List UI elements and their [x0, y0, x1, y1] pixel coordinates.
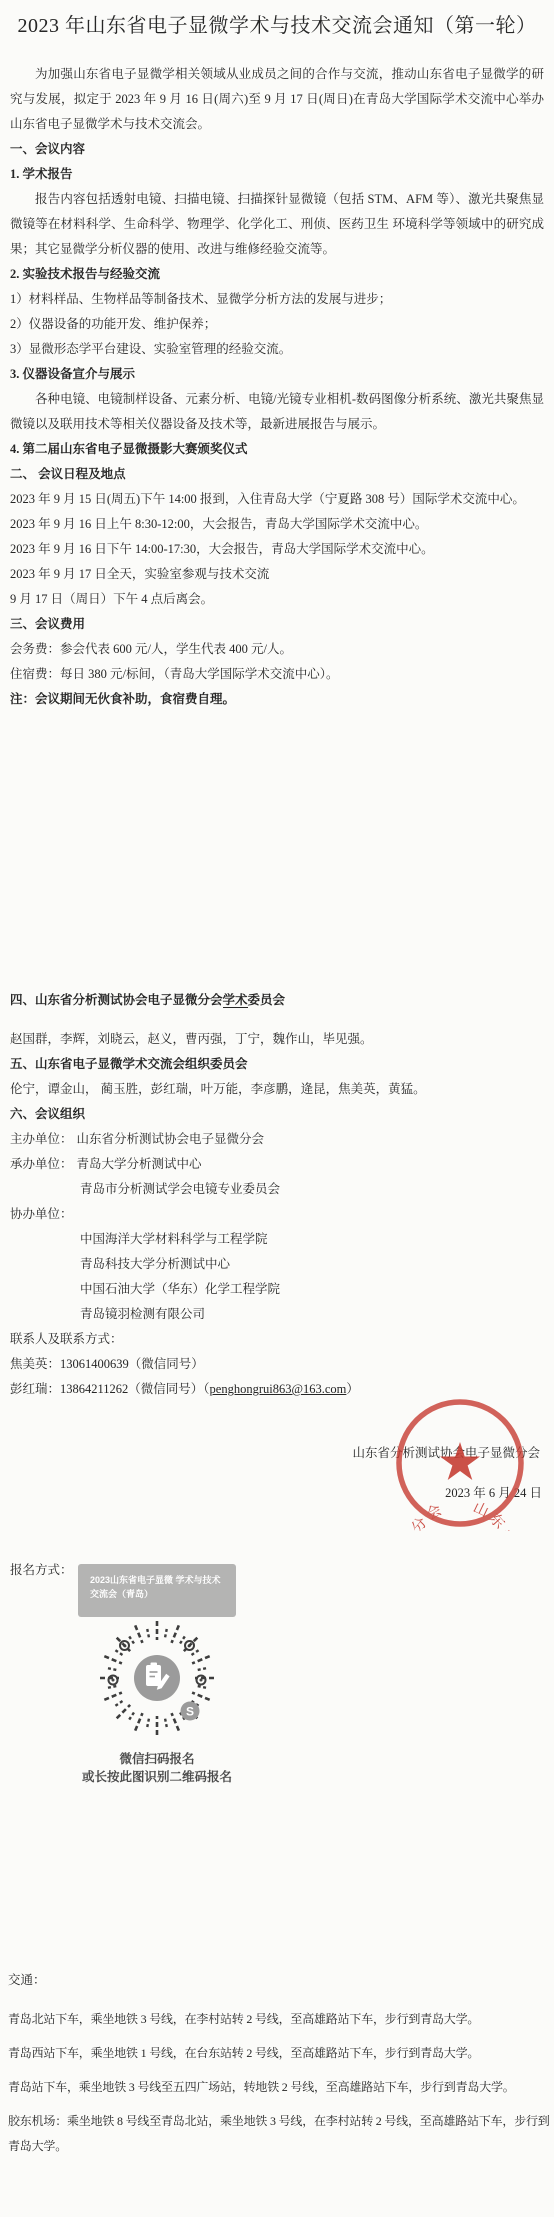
- section1-sub1-body: 报告内容包括透射电镜、扫描电镜、扫描探针显微镜（包括 STM、AFM 等）、激光…: [10, 187, 544, 262]
- transport-heading: 交通：: [8, 1968, 552, 1993]
- miniprogram-s-logo-icon: S: [181, 1702, 200, 1721]
- host-value: 山东省分析测试协会电子显微分会: [77, 1127, 265, 1152]
- organizer-value: 青岛大学分析测试中心: [77, 1152, 202, 1177]
- section1-sub1-heading: 1. 学术报告: [10, 162, 544, 187]
- share-card-line1: 2023山东省电子显微 学术与技术: [90, 1573, 236, 1587]
- conference-notice-document: 2023 年山东省电子显微学术与技术交流会通知（第一轮） 为加强山东省电子显微学…: [0, 0, 554, 2217]
- contact-2-pre: 彭红瑞：13864211262（微信同号）（: [10, 1382, 210, 1396]
- section1-sub4-heading: 4. 第二届山东省电子显微摄影大赛颁奖仪式: [10, 437, 544, 462]
- host-line: 主办单位：山东省分析测试协会电子显微分会: [10, 1127, 544, 1152]
- clipboard-pencil-icon: [134, 1655, 180, 1701]
- organizer-value-2: 青岛市分析测试学会电镜专业委员会: [10, 1177, 544, 1202]
- share-card-line2: 交流会（青岛）: [90, 1587, 236, 1601]
- section1-sub2-heading: 2. 实验技术报告与经验交流: [10, 262, 544, 287]
- contact-email-link[interactable]: penghongrui863@163.com: [210, 1382, 347, 1396]
- wechat-share-card: 2023山东省电子显微 学术与技术 交流会（青岛）: [78, 1564, 236, 1617]
- transport-route: 青岛西站下车，乘坐地铁 1 号线，在台东站转 2 号线，至高雄路站下车，步行到青…: [8, 2041, 552, 2066]
- section6-heading: 六、会议组织: [10, 1102, 544, 1127]
- transport-route: 青岛北站下车，乘坐地铁 3 号线，在李村站转 2 号线，至高雄路站下车，步行到青…: [8, 2007, 552, 2032]
- section1-sub2-item: 2）仪器设备的功能开发、维护保养；: [10, 312, 544, 337]
- co-organizer-label: 协办单位：: [10, 1202, 544, 1227]
- transport-route: 青岛站下车，乘坐地铁 3 号线至五四广场站，转地铁 2 号线，至高雄路站下车，步…: [8, 2075, 552, 2100]
- qr-caption-2: 或长按此图识别二维码报名: [37, 1765, 277, 1790]
- co-organizer-item: 青岛科技大学分析测试中心: [10, 1252, 544, 1277]
- document-body-committees: 四、山东省分析测试协会电子显微分会学术委员会 赵国群，李辉，刘晓云，赵义，曹丙强…: [10, 988, 544, 1402]
- fee-item: 会务费：参会代表 600 元/人，学生代表 400 元/人。: [10, 637, 544, 662]
- host-label: 主办单位：: [10, 1127, 73, 1152]
- schedule-item: 2023 年 9 月 16 日下午 14:00-17:30，大会报告，青岛大学国…: [10, 537, 544, 562]
- transport-route: 胶东机场：乘坐地铁 8 号线至青岛北站，乘坐地铁 3 号线，在李村站转 2 号线…: [8, 2109, 552, 2159]
- section1-heading: 一、会议内容: [10, 137, 544, 162]
- contact-2-post: ）: [346, 1382, 359, 1396]
- schedule-item: 2023 年 9 月 16 日上午 8:30-12:00，大会报告，青岛大学国际…: [10, 512, 544, 537]
- section1-sub3-body: 各种电镜、电镜制样设备、元素分析、电镜/光镜专业相机-数码图像分析系统、激光共聚…: [10, 387, 544, 437]
- section1-sub2-item: 3）显微形态学平台建设、实验室管理的经验交流。: [10, 337, 544, 362]
- section5-members: 伦宁，谭金山， 蔺玉胜，彭红瑞，叶万能，李彦鹏，逄昆，焦美英，黄猛。: [10, 1077, 544, 1102]
- schedule-item: 9 月 17 日（周日）下午 4 点后离会。: [10, 587, 544, 612]
- section4-heading-post: 委员会: [248, 993, 286, 1007]
- fee-item: 住宿费：每日 380 元/标间，（青岛大学国际学术交流中心）。: [10, 662, 544, 687]
- svg-text:S: S: [186, 1705, 194, 1719]
- document-body-top: 2023 年山东省电子显微学术与技术交流会通知（第一轮） 为加强山东省电子显微学…: [10, 12, 544, 712]
- section4-members: 赵国群，李辉，刘晓云，赵义，曹丙强，丁宁，魏作山，毕见强。: [10, 1027, 544, 1052]
- co-organizer-item: 中国石油大学（华东）化学工程学院: [10, 1277, 544, 1302]
- section3-heading: 三、会议费用: [10, 612, 544, 637]
- organizer-line: 承办单位：青岛大学分析测试中心: [10, 1152, 544, 1177]
- co-organizer-item: 青岛镜羽检测有限公司: [10, 1302, 544, 1327]
- section5-heading: 五、山东省电子显微学术交流会组织委员会: [10, 1052, 544, 1077]
- organizer-label: 承办单位：: [10, 1152, 73, 1177]
- contacts-heading: 联系人及联系方式：: [10, 1327, 544, 1352]
- section1-sub2-item: 1）材料样品、生物样品等制备技术、显微学分析方法的发展与进步；: [10, 287, 544, 312]
- intro-paragraph: 为加强山东省电子显微学相关领域从业成员之间的合作与交流，推动山东省电子显微学的研…: [10, 62, 544, 137]
- schedule-item: 2023 年 9 月 15 日(周五)下午 14:00 报到，入住青岛大学（宁夏…: [10, 487, 544, 512]
- section4-heading: 四、山东省分析测试协会电子显微分会学术委员会: [10, 988, 544, 1013]
- section4-heading-underlined: 学术: [223, 993, 248, 1008]
- wechat-miniprogram-qr-code: S: [97, 1616, 217, 1740]
- schedule-item: 2023 年 9 月 17 日全天，实验室参观与技术交流: [10, 562, 544, 587]
- section2-heading: 二、 会议日程及地点: [10, 462, 544, 487]
- transport-section: 交通： 青岛北站下车，乘坐地铁 3 号线，在李村站转 2 号线，至高雄路站下车，…: [8, 1968, 552, 2168]
- fee-note: 注：会议期间无伙食补助，食宿费自理。: [10, 687, 544, 712]
- page-title: 2023 年山东省电子显微学术与技术交流会通知（第一轮）: [10, 12, 544, 40]
- section1-sub3-heading: 3. 仪器设备宣介与展示: [10, 362, 544, 387]
- co-organizer-item: 中国海洋大学材料科学与工程学院: [10, 1227, 544, 1252]
- official-seal: 山东省分析测试协会电子显微分会: [392, 1395, 528, 1531]
- star-icon: [440, 1442, 480, 1480]
- section4-heading-pre: 四、山东省分析测试协会电子显微分会: [10, 993, 223, 1007]
- registration-label: 报名方式：: [10, 1558, 73, 1583]
- contact-line-1: 焦美英：13061400639（微信同号）: [10, 1352, 544, 1377]
